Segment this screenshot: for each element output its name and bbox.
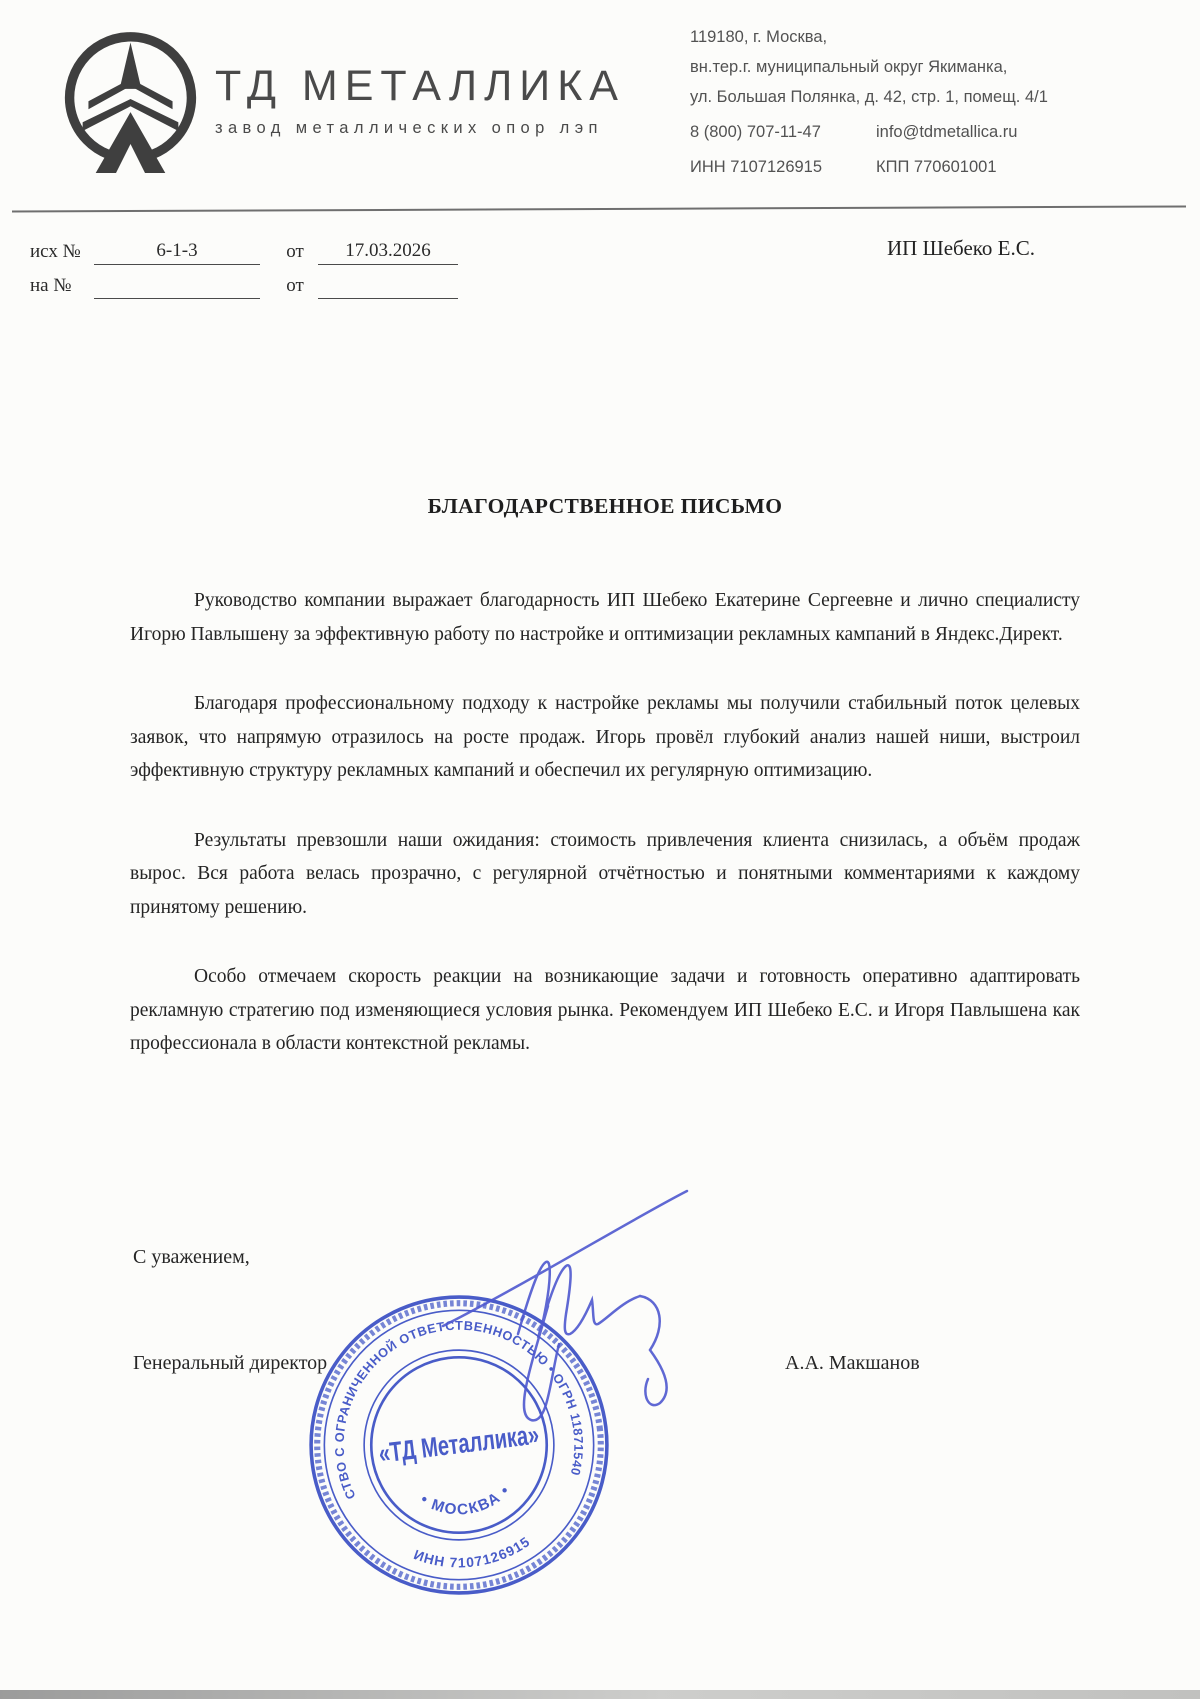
director-signature bbox=[398, 1166, 722, 1452]
outgoing-from-label: от bbox=[272, 241, 318, 265]
company-contacts: 119180, г. Москва, вн.тер.г. муниципальн… bbox=[690, 28, 1170, 177]
paragraph-4: Особо отмечаем скорость реакции на возни… bbox=[130, 960, 1080, 1061]
incoming-date-blank bbox=[318, 296, 458, 299]
company-logo bbox=[58, 28, 203, 173]
outgoing-number-value: 6-1-3 bbox=[94, 240, 260, 265]
closing-regards: С уважением, bbox=[133, 1246, 250, 1269]
svg-text:• МОСКВА •: • МОСКВА • bbox=[416, 1480, 517, 1524]
outgoing-number-label: исх № bbox=[30, 241, 94, 265]
outgoing-ref-row: исх № 6-1-3 от 17.03.2026 bbox=[30, 240, 458, 265]
incoming-from-label: от bbox=[272, 275, 318, 299]
incoming-number-label: на № bbox=[30, 275, 94, 299]
paragraph-2: Благодаря профессиональному подходу к на… bbox=[130, 687, 1080, 788]
reference-block: исх № 6-1-3 от 17.03.2026 на № от bbox=[30, 240, 458, 309]
signer-name: А.А. Макшанов bbox=[785, 1352, 920, 1375]
brand-name: ТД МЕТАЛЛИКА bbox=[215, 62, 685, 111]
address-line-1: 119180, г. Москва, bbox=[690, 28, 1170, 47]
letter-title: БЛАГОДАРСТВЕННОЕ ПИСЬМО bbox=[130, 494, 1080, 519]
inn-kpp-row: ИНН 7107126915 КПП 770601001 bbox=[690, 158, 1170, 177]
company-phone: 8 (800) 707-11-47 bbox=[690, 123, 876, 142]
power-line-tower-icon bbox=[58, 28, 203, 173]
phone-email-row: 8 (800) 707-11-47 info@tdmetallica.ru bbox=[690, 123, 1170, 142]
company-kpp: КПП 770601001 bbox=[876, 158, 997, 177]
company-inn: ИНН 7107126915 bbox=[690, 158, 876, 177]
incoming-ref-row: на № от bbox=[30, 275, 458, 299]
paragraph-1: Руководство компании выражает благодарно… bbox=[130, 584, 1080, 651]
company-email: info@tdmetallica.ru bbox=[876, 123, 1017, 142]
letter-page: ТД МЕТАЛЛИКА завод металлических опор лэ… bbox=[0, 0, 1200, 1699]
paragraph-3: Результаты превзошли наши ожидания: стои… bbox=[130, 824, 1080, 925]
address-line-2: вн.тер.г. муниципальный округ Якиманка, bbox=[690, 58, 1170, 77]
incoming-number-blank bbox=[94, 296, 260, 299]
outgoing-date-value: 17.03.2026 bbox=[318, 240, 458, 265]
addressee: ИП Шебеко Е.С. bbox=[887, 236, 1035, 261]
scan-edge-shadow bbox=[0, 1690, 1200, 1699]
brand-tagline: завод металлических опор лэп bbox=[215, 119, 685, 138]
letter-body: Руководство компании выражает благодарно… bbox=[130, 584, 1080, 1097]
header-divider bbox=[12, 205, 1186, 212]
address-line-3: ул. Большая Полянка, д. 42, стр. 1, поме… bbox=[690, 88, 1170, 107]
stamp-city-text: • МОСКВА • bbox=[416, 1480, 517, 1524]
brand-block: ТД МЕТАЛЛИКА завод металлических опор лэ… bbox=[215, 62, 685, 138]
